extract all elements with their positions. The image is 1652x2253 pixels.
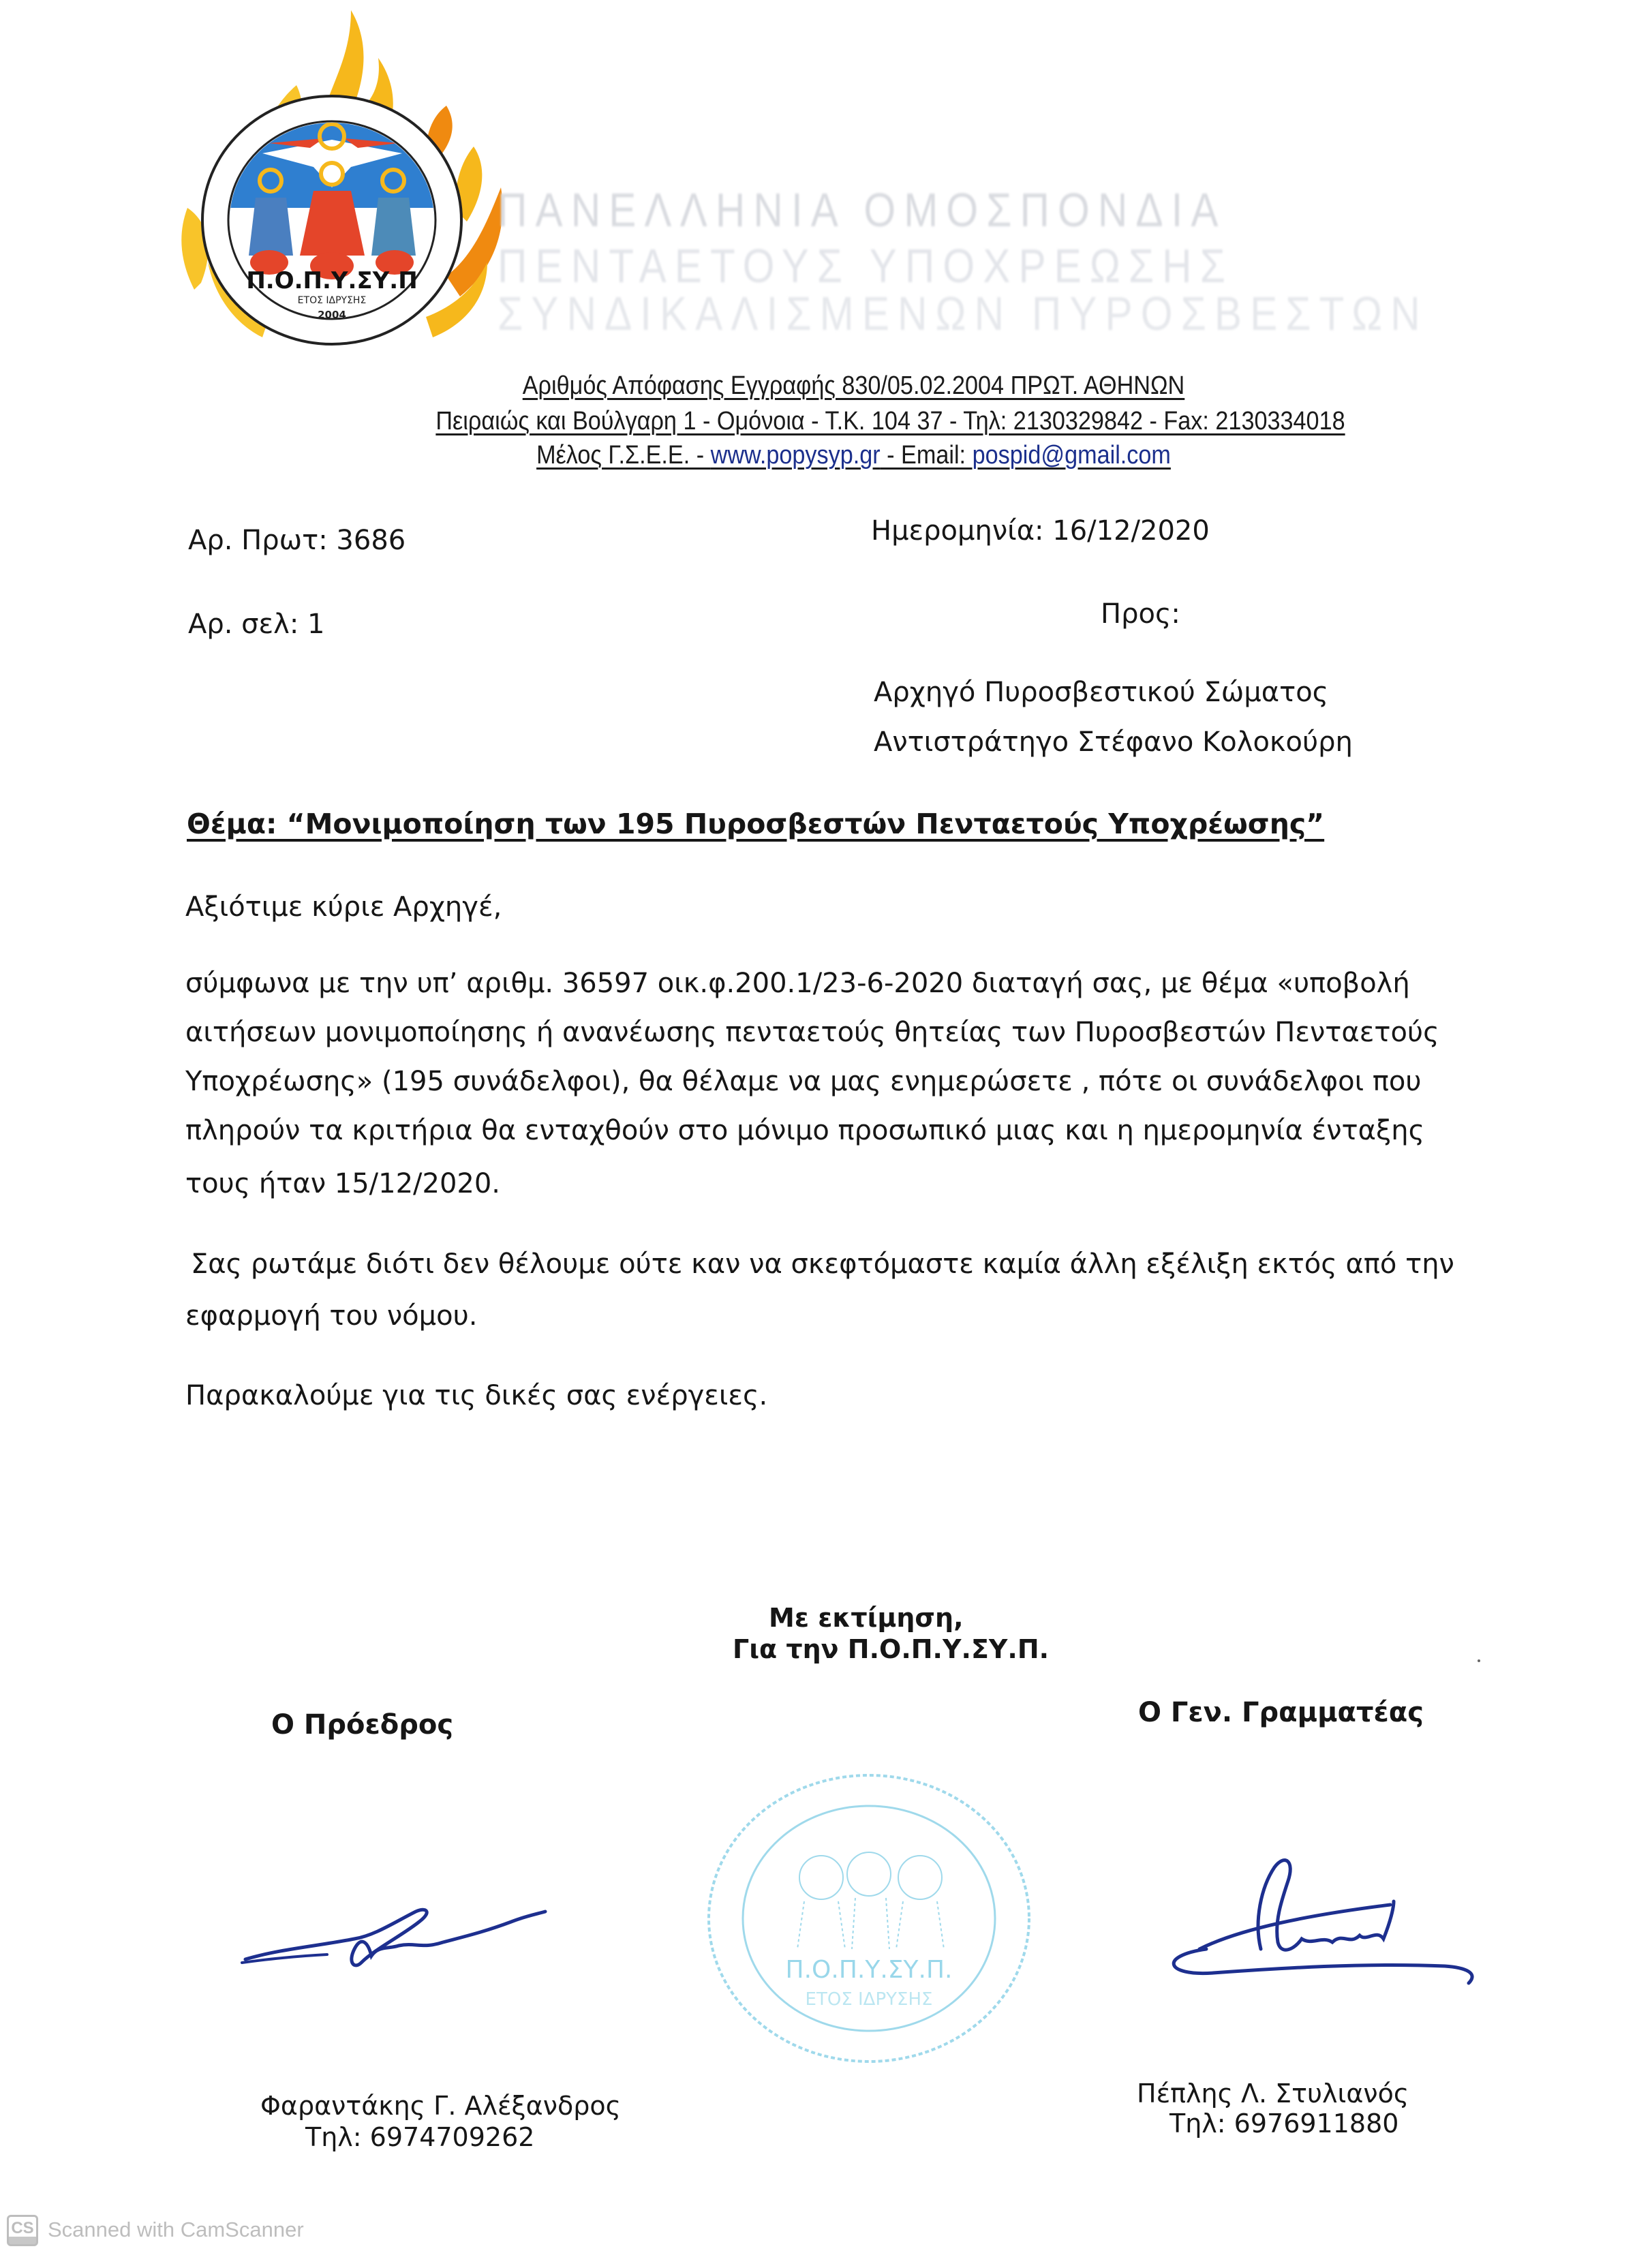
paragraph-line: πληρούν τα κριτήρια θα ενταχθούν στο μόν… [185, 1115, 1424, 1146]
to-label: Προς: [1101, 598, 1180, 630]
page-count: Αρ. σελ: 1 [188, 609, 324, 640]
paragraph-line: τους ήταν 15/12/2020. [185, 1168, 500, 1199]
secretary-name: Πέπλης Λ. Στυλιανός [1137, 2079, 1409, 2109]
email-label: - Email: [881, 441, 973, 470]
secretary-signature [1159, 1847, 1513, 2004]
paragraph-line: Υποχρέωσης» (195 συνάδελφοι), θα θέλαμε … [185, 1066, 1422, 1097]
paragraph-line: αιτήσεων μονιμοποίησης ή ανανέωσης πεντα… [185, 1017, 1439, 1048]
camscanner-logo-icon: CS [7, 2215, 38, 2246]
subject-line: Θέμα: “Μονιμοποίηση των 195 Πυροσβεστών … [187, 808, 1324, 840]
recipient-line: Αρχηγό Πυροσβεστικού Σώματος [874, 677, 1328, 708]
website-link[interactable]: www.popysyp.gr [711, 441, 881, 470]
svg-text:Π.Ο.Π.Υ.ΣΥ.Π.: Π.Ο.Π.Υ.ΣΥ.Π. [786, 1956, 953, 1984]
president-title: Ο Πρόεδρος [271, 1709, 453, 1741]
paragraph-line: Παρακαλούμε για τις δικές σας ενέργειες. [185, 1380, 767, 1411]
document-date: Ημερομηνία: 16/12/2020 [871, 515, 1210, 547]
scan-speck [1478, 1659, 1480, 1662]
letterhead-title-line: ΣΥΝΔΙΚΑΛΙΣΜΕΝΩΝ ΠΥΡΟΣΒΕΣΤΩΝ [498, 286, 1428, 341]
protocol-number: Αρ. Πρωτ: 3686 [188, 525, 406, 556]
secretary-title: Ο Γεν. Γραμματέας [1138, 1697, 1424, 1728]
paragraph-line: σύμφωνα με την υπ’ αριθμ. 36597 οικ.φ.20… [185, 968, 1410, 999]
president-name: Φαραντάκης Γ. Αλέξανδρος [260, 2091, 621, 2121]
scanner-watermark: Scanned with CamScanner [48, 2218, 304, 2242]
email-link[interactable]: pospid@gmail.com [973, 441, 1171, 470]
svg-text:2004: 2004 [318, 309, 346, 321]
closing-organization: Για την Π.Ο.Π.Υ.ΣΥ.Π. [733, 1634, 1049, 1664]
official-stamp: Π.Ο.Π.Υ.ΣΥ.Π. ΕΤΟΣ ΙΔΡΥΣΗΣ [688, 1765, 1050, 2072]
organization-logo: Π.Ο.Π.Υ.ΣΥ.Π ΕΤΟΣ ΙΔΡΥΣΗΣ 2004 [147, 3, 508, 348]
letterhead-title-line: ΠΕΝΤΑΕΤΟΥΣ ΥΠΟΧΡΕΩΣΗΣ [498, 239, 1234, 293]
contact-line: Μέλος Γ.Σ.Ε.Ε. - www.popysyp.gr - Email:… [82, 441, 1570, 470]
paragraph-line: εφαρμογή του νόμου. [185, 1300, 477, 1332]
address-line: Πειραιώς και Βούλγαρη 1 - Ομόνοια - Τ.Κ.… [82, 407, 1570, 436]
svg-text:Π.Ο.Π.Υ.ΣΥ.Π: Π.Ο.Π.Υ.ΣΥ.Π [246, 267, 417, 294]
svg-text:ΕΤΟΣ ΙΔΡΥΣΗΣ: ΕΤΟΣ ΙΔΡΥΣΗΣ [298, 295, 367, 306]
registration-line: Αριθμός Απόφασης Εγγραφής 830/05.02.2004… [82, 371, 1570, 401]
paragraph-line: Σας ρωτάμε διότι δεν θέλουμε ούτε καν να… [191, 1248, 1454, 1280]
president-phone: Τηλ: 6974709262 [305, 2122, 534, 2152]
svg-text:ΕΤΟΣ ΙΔΡΥΣΗΣ: ΕΤΟΣ ΙΔΡΥΣΗΣ [806, 1989, 933, 2010]
closing-salutation: Με εκτίμηση, [769, 1603, 964, 1633]
member-label: Μέλος Γ.Σ.Ε.Ε. - [536, 441, 711, 470]
recipient-line: Αντιστράτηγο Στέφανο Κολοκούρη [874, 726, 1353, 758]
secretary-phone: Τηλ: 6976911880 [1169, 2109, 1398, 2139]
greeting: Αξιότιμε κύριε Αρχηγέ, [185, 891, 502, 923]
president-signature [239, 1881, 552, 1983]
letterhead-title-line: ΠΑΝΕΛΛΗΝΙΑ ΟΜΟΣΠΟΝΔΙΑ [498, 183, 1227, 237]
